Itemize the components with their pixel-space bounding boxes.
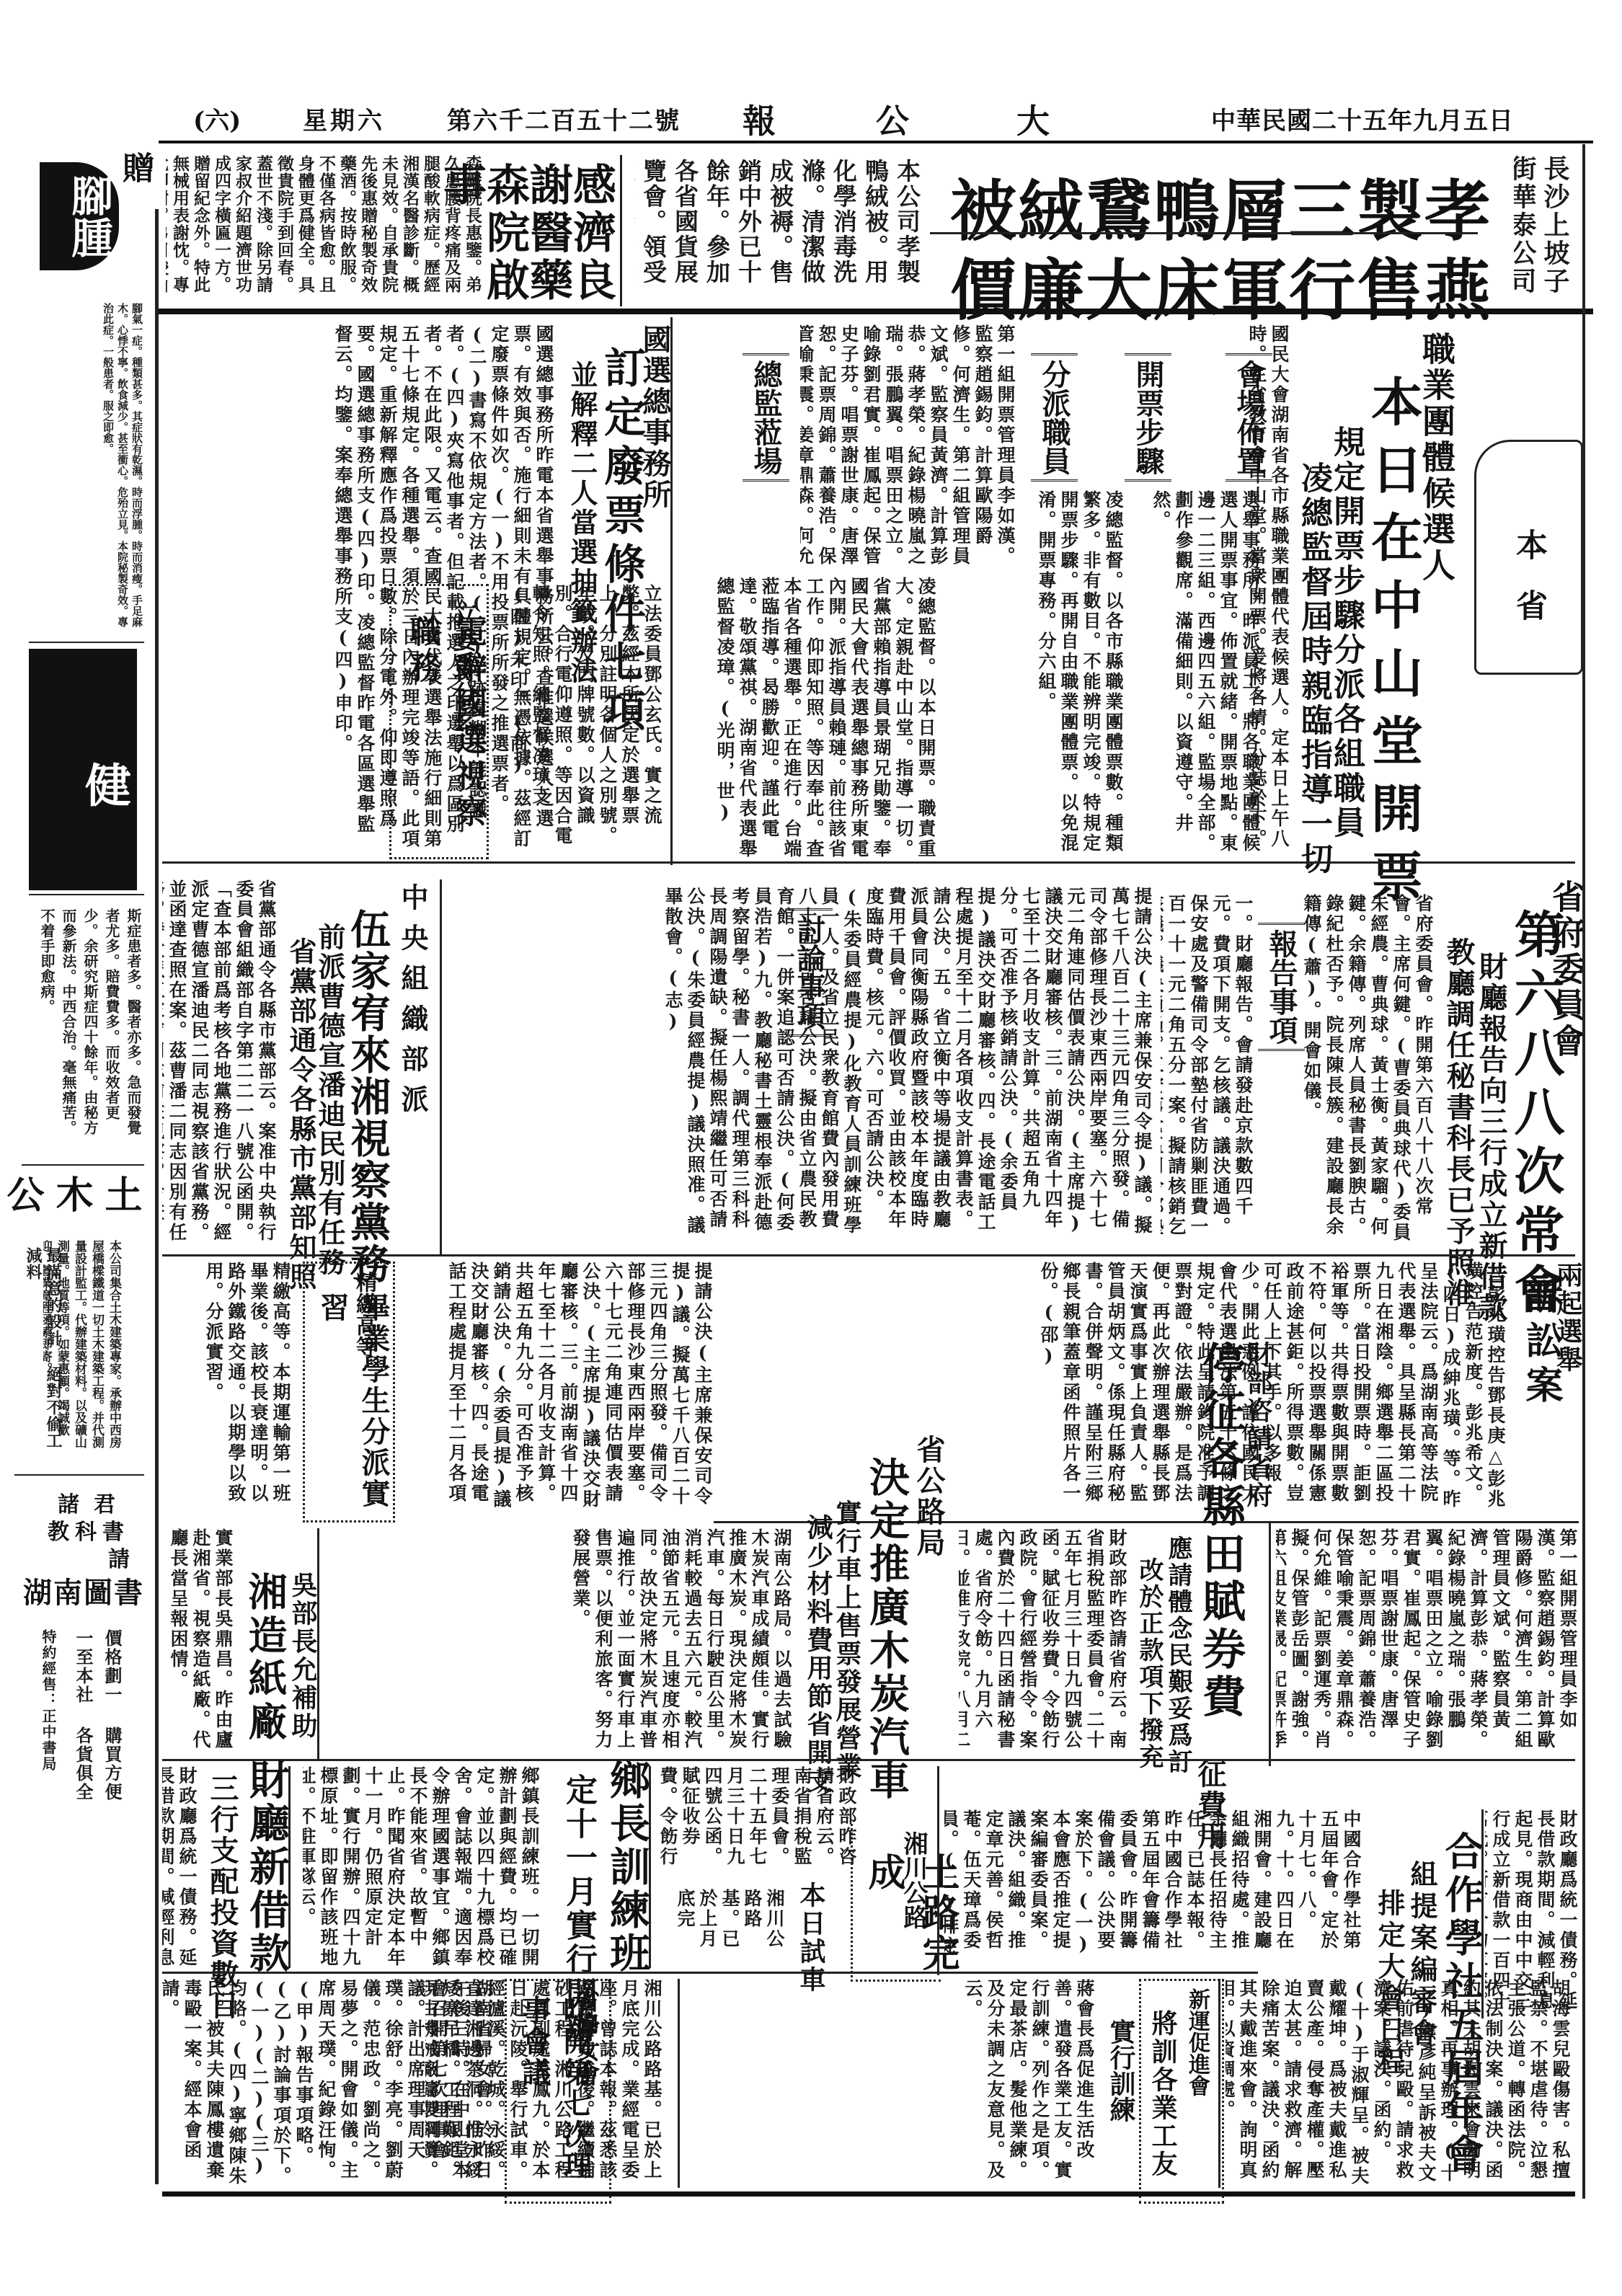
lawsuit-headline: 訴訟案 (1514, 1276, 1568, 1410)
section-title-staff: 分派職員 (1031, 353, 1078, 482)
deng-headline: 電辭國選視察職務 (399, 615, 491, 857)
column-rule (317, 1528, 319, 1759)
ad-textbook-dist: 一至本社 各貨俱全 (58, 1629, 94, 1802)
issue-number: 第六千二百五十二號 (447, 101, 681, 136)
new-movement-headline: 將訓各業工友 (1145, 2010, 1182, 2178)
thanks-ad-body: 森嚴院長惠鑒。弟久患腰背疼痛及兩腿酸軟病症。歷經湘漢名醫診斷。概未見效。自承貴院… (166, 155, 483, 306)
wu-body: 省黨部通令各縣市黨部云。案准中央執行委員會組織部自字第二二一八號公函開。「查本部… (162, 879, 278, 1247)
new-movement-body: 蔣會長爲促進生活改善。遣發各業工友。實行訓練。列作之是項。定最茶店。髮他業練。及… (944, 1979, 1096, 2188)
wu-sub2: 省黨部通令各縣市黨部知照 (281, 937, 321, 1292)
issue-date: 中華民國二十五年九月五日 (1211, 101, 1514, 136)
column-rule (649, 1766, 651, 1968)
quilt-ad-title-1: 孝製三層鴨鵞絨被 (930, 159, 1492, 231)
lawsuit-body: △彭兆璜控告鄧長庚△彭兆璜控告范新度。彭兆希文。(四日)成紳兆璜。等。昨呈法院云… (721, 1262, 1507, 1517)
womens-body: 湖南省婦女會。於昨日午後三時。在中山堂本會召開第七次理事會議。計出席理事周天璞。… (162, 1979, 494, 2188)
ad-civil-eng-slogan: 最滿意的設計 絕對不偷工減料 (20, 1247, 63, 1456)
womens-headline: 昨開第七次理事會議 (514, 1995, 596, 2202)
election-supervisor-body: 凌總監督。以本日開票。職責重大。定親赴中山堂。指導一切。省黨部賴指導員景瑚兄勛鑒… (678, 577, 937, 865)
column-rule (937, 1766, 939, 1975)
paper-mill-body: 實業部長吳鼎昌。昨由廬赴湘省。視察造紙廠。代廳長當呈報困情。 (162, 1528, 234, 1759)
committee-sub2: 教廳調任秘書科長已予照准 (1438, 937, 1479, 1309)
section-rule (162, 861, 1575, 864)
xiangchuan-headline-box: 湘川公路 土路完成 (851, 1824, 941, 1982)
quilt-ad-body: 本公司孝製鴨絨被。用化學消毒洗滌。清潔做成被褥。售銷中外已十餘年。參加各省國貨展… (634, 159, 923, 303)
title-col-1: 感濟良 (566, 162, 616, 305)
section-rule (162, 1759, 1575, 1761)
column-rule (678, 1979, 680, 2188)
column-rule (288, 1766, 291, 1968)
ministry-continuation: 財政部昨咨請省府云。南省捐稅監理委員會。二十五年七月三十日九四號公函。賦征收券費… (656, 1766, 858, 1881)
graduates-headline-box: 精繳高等 畢業學生分派實習 (303, 1262, 395, 1522)
coop-body: 中國合作學社第五屆年會。定於十月七。八。九。十。四日在湘開會。建設廳組織招待處。… (944, 1809, 1362, 1968)
election-sub2: 凌總監督屆時親臨指導一切 (1290, 461, 1337, 877)
election-staff-body: 第一組開票管理員李如漢。監察趙錫鈞。計算歐陽爵修。何濟生。第二組管理員文斌。監察… (800, 324, 1016, 569)
ad-gift-title: 贈 (112, 151, 158, 183)
quilt-ad-divider (930, 232, 1478, 234)
deng-body: 立法委員鄧公玄氏。實之流弊。茲經本所決定於選舉票上。分別註明各個人之別號。年齡。… (490, 584, 663, 851)
left-border-rule (155, 209, 159, 2184)
graduates-headline: 畢業學生分派實習 (312, 1293, 394, 1520)
quilt-ad-title-2: 燕售行軍床大廉價 (930, 238, 1492, 310)
committee-report-body: 一。財廳報告。會請發赴京款數四千元。費項下開支。乞核議。議決通過。保安處及警備司… (1161, 894, 1254, 1247)
ad-separator (620, 155, 622, 306)
committee-discussion-body: 提請公決(主席兼保安司令提)議。擬萬七千八百二十三元四角三分照發。備司令部修理長… (447, 887, 1153, 1247)
xiangchuan-body: 湘川公路路基。已於上月底完成。業經電呈委座。曾誌本報。茲悉該路路基完成後。繼續鋪… (678, 1889, 786, 1968)
new-movement-sub: 實行訓練 (1103, 2018, 1140, 2122)
petitions-body: 胡海雲兒毆傷害。私擅監禁。不堪虐待。泣懇主張公道。轉函法院。依法制決案。議決。函… (1226, 1979, 1572, 2188)
charcoal-sub2: 減少材料費用節省開支 (800, 1514, 837, 1795)
ministry-sub2: 改於正款項下撥充 (1132, 1557, 1167, 1770)
page-number: (六) (193, 101, 241, 136)
bottom-rule (162, 2191, 1575, 2197)
xiangchuan-sub: 本日試車 (793, 1881, 830, 1994)
section-title-venue: 會場佈置 (1226, 353, 1272, 482)
election-venue-body: 選舉事務所。昨派員工。將各職業團體候選人開票事宜。佈置就緒。開票地點。東邊一二三… (1125, 490, 1262, 865)
title-col-3: 森院啟 (479, 162, 530, 305)
paper-name-char-1: 大 (1016, 95, 1050, 143)
ad-textbook-line3: 請 (29, 1541, 130, 1573)
committee-continuation: 提請公決(主席兼保安司令提)議。擬萬七千八百二十三元四角三分照發。備司令部修理長… (447, 1262, 714, 1517)
deng-headline-box: 立委鄧公玄 電辭國選視察職務 (389, 584, 489, 859)
womens-headline-box: 省婦女會 昨開第七次理事會議 (505, 1979, 611, 2204)
section-rule (162, 1972, 1258, 1974)
section-rule (162, 1254, 1575, 1256)
committee-lede: 省府委員會。昨開第六百八十八次常會。主席何鍵。(曹委員典球代)委員朱經農。曹典球… (1290, 894, 1435, 1247)
paper-name-char-3: 報 (743, 95, 776, 143)
column-rule (1218, 1979, 1220, 2188)
wu-kicker: 中央組織部派 (393, 883, 433, 1125)
ad-health-banner: 健 (29, 649, 137, 890)
charcoal-body: 湖南公路局。以過去試驗木炭汽車成績頗佳。實行推廣木炭。現決定將木炭汽車。每日行駛… (324, 1528, 793, 1759)
election-names-list: 第一組開票管理員李如漢。監察趙錫鈞。計算歐陽爵修。何濟生。第二組管理員文斌。監察… (1276, 1528, 1579, 1759)
paper-name-char-2: 公 (876, 95, 909, 143)
weekday: 星期六 (303, 101, 385, 136)
column-rule (1269, 1521, 1271, 1766)
divider (14, 1474, 144, 1476)
ad-textbook-agent: 特約經售：正中書局 (29, 1629, 58, 1809)
paper-mill-headline: 湘造紙廠 (238, 1572, 293, 1745)
charcoal-headline: 決定推廣木炭汽車 (858, 1456, 916, 1802)
divider (29, 642, 144, 643)
masthead-rule (159, 141, 1593, 143)
column-rule (440, 879, 442, 1254)
township-body: 鄉鎮長訓練班。一切開辦計劃與經費。均已確定。並以四十九標爲校舍。會誌報端。適因奉… (303, 1766, 541, 1968)
divider (22, 1164, 144, 1166)
section-title-procedure: 開票步驟 (1125, 353, 1171, 482)
ad-health-body: 斯症患者多。醫者亦多。急而發覺者尤多。賠費費多。而收效者更少。余研究斯症四十餘年… (29, 908, 144, 1146)
ad-civil-eng-title: 土木公司 (29, 1175, 144, 1247)
ministry-headline: 停征各縣田賦券費 (1189, 1341, 1251, 1721)
ad-foot-body: 腳氣一症。種類甚多。其症狀有乾濕。時而浮腫。時而消瘦。手足麻木。心悸不寧。飲食減… (29, 303, 144, 627)
quilt-ad-seller: 長沙上坡子街華泰公司專售 (1514, 155, 1572, 306)
loan-headline: 財廳新借款 (238, 1759, 296, 1975)
township-headline: 鄉長訓練班 (598, 1759, 656, 1975)
title-col-2: 謝醫藥 (523, 162, 573, 305)
ad-foot-banner: 腳腫 (40, 162, 119, 270)
new-movement-kicker: 新運促進會 (1181, 1988, 1213, 2096)
loan-body: 財政廳爲統一債務。延長借款期間。減輕利息起見。現商由中中交三行成立新借款一百四十… (162, 1766, 198, 1968)
new-movement-headline-box: 新運促進會 將訓各業工友 (1139, 1979, 1224, 2204)
right-border-rule (1582, 144, 1585, 2199)
section-title-report: 報告事項 (1258, 923, 1305, 1051)
section-label: 本省 (1505, 528, 1551, 650)
section-rule (159, 309, 1593, 314)
ministry-body: 財政部昨咨請省府云。南省捐稅監理委員會。二十五年七月三十日九四號公函。賦征收券費… (959, 1528, 1128, 1759)
ad-textbook-title: 湖南圖書 (14, 1570, 144, 1611)
graduates-body: 精繳高等。本期運輸第一班畢業後。該校長衰達明。以路外鐵路交通。以期學以致用。分派… (162, 1262, 292, 1514)
section-title-supervisor: 總監蒞場 (743, 353, 789, 482)
thanks-ad-title: 感濟良謝醫藥森院啟事 (490, 162, 613, 306)
divider (29, 894, 144, 895)
section-logo-province: 本省 (1474, 440, 1583, 675)
